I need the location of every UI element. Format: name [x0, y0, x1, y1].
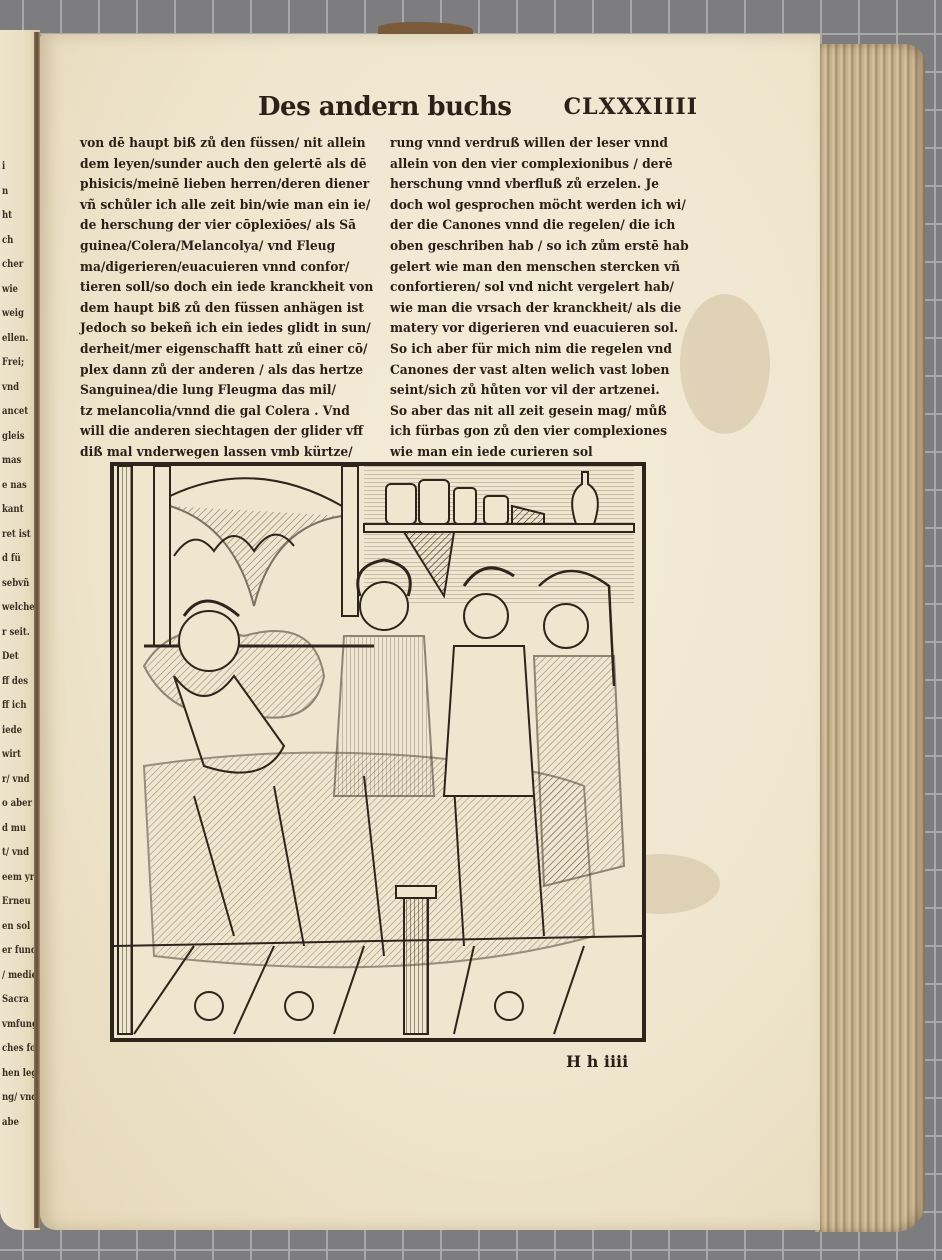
left-page-text-fragment: ch [2, 234, 13, 247]
left-page-text-fragment: d fü [2, 552, 21, 565]
left-page-text-fragment: en sol [2, 920, 30, 933]
left-page-text-fragment: wie [2, 283, 18, 296]
sickbed-scene-image [114, 466, 642, 1038]
text-line: Canones der vast alten welich vast loben [390, 361, 669, 382]
left-page-text-fragment: Det [2, 650, 19, 663]
text-line: tieren soll/so doch ein iede kranckheit … [80, 278, 359, 299]
text-line: ich fürbas gon zů den vier complexiones [390, 422, 669, 443]
left-page-text-fragment: Sacra [2, 993, 29, 1006]
text-line: der die Canones vnnd die regelen/ die ic… [390, 216, 669, 237]
text-line: guinea/Colera/Melancolya/ vnd Fleug [80, 237, 359, 258]
left-page-text-fragment: r seit. [2, 626, 30, 639]
left-page-text-fragment: vnd [2, 381, 19, 394]
text-line: Jedoch so bekeñ ich ein iedes glidt in s… [80, 319, 359, 340]
text-line: de herschung der vier cōplexiōes/ als Sā [80, 216, 359, 237]
left-page-text-fragment: e nas [2, 479, 27, 492]
text-line: ma/digerieren/euacuieren vnnd confor/ [80, 258, 359, 279]
text-line: will die anderen siechtagen der glider v… [80, 422, 359, 443]
left-page-text-fragment: ff ich [2, 699, 27, 712]
text-line: confortieren/ sol vnd nicht vergelert ha… [390, 278, 669, 299]
left-page-text-fragment: sebvñ [2, 577, 29, 590]
text-line: So ich aber für mich nim die regelen vnd [390, 340, 669, 361]
text-column-right: rung vnnd verdruß willen der leser vnnda… [390, 134, 690, 464]
woodcut-illustration [110, 462, 646, 1042]
running-head: Des andern buchs CLXXXIIII [258, 92, 698, 128]
folio-number: CLXXXIIII [564, 94, 698, 120]
text-line: dem haupt biß zů den füssen anhägen ist [80, 299, 359, 320]
left-page-text-fragment: welche [2, 601, 35, 614]
text-line: wie man die vrsach der kranckheit/ als d… [390, 299, 669, 320]
left-page-text-fragment: cher [2, 258, 23, 271]
text-line: seint/sich zů hůten vor vil der artzenei… [390, 381, 669, 402]
left-page-text-fragment: t/ vnd [2, 846, 29, 859]
text-line: allein von den vier complexionibus / der… [390, 155, 669, 176]
left-page-text-fragment: gleis [2, 430, 25, 443]
running-title: Des andern buchs [258, 92, 511, 122]
left-page-text-fragment: eem yr [2, 871, 34, 884]
text-line: tz melancolia/vnnd die gal Colera . Vnd [80, 402, 359, 423]
text-line: rung vnnd verdruß willen der leser vnnd [390, 134, 669, 155]
left-page-text-fragment: iede [2, 724, 22, 737]
text-line: Sanguinea/die lung Fleugma das mil/ [80, 381, 359, 402]
left-page-text-fragment: ht [2, 209, 12, 222]
text-line: So aber das nit all zeit gesein mag/ můß [390, 402, 669, 423]
left-page-text-fragment: hen leg [2, 1067, 37, 1080]
text-line: herschung vnnd vberfluß zů erzelen. Je [390, 175, 669, 196]
left-page-text-fragment: n [2, 185, 8, 198]
text-column-left: von dē haupt biß zů den füssen/ nit alle… [80, 134, 380, 464]
text-line: vñ schůler ich alle zeit bin/wie man ein… [80, 196, 359, 217]
left-page-text-fragment: d mu [2, 822, 26, 835]
text-line: doch wol gesprochen möcht werden ich wi/ [390, 196, 669, 217]
text-line: diß mal vnderwegen lassen vmb kürtze/ [80, 443, 359, 464]
text-line: oben geschriben hab / so ich zům erstē h… [390, 237, 669, 258]
page-fore-edge [815, 44, 925, 1232]
left-page-text-fragment: ff des [2, 675, 28, 688]
text-line: plex dann zů der anderen / als das hertz… [80, 361, 359, 382]
text-line: gelert wie man den menschen stercken vñ [390, 258, 669, 279]
left-page-text-fragment: kant [2, 503, 24, 516]
signature-mark: H h iiii [566, 1052, 628, 1071]
left-page-text-fragment: / medie [2, 969, 37, 982]
left-page-text-fragment: wirt [2, 748, 21, 761]
left-page-text-fragment: ellen. [2, 332, 28, 345]
left-page-text-fragment: ancet [2, 405, 28, 418]
text-line: von dē haupt biß zů den füssen/ nit alle… [80, 134, 359, 155]
left-page-text-fragment: mas [2, 454, 21, 467]
text-line: derheit/mer eigenschafft hatt zů einer c… [80, 340, 359, 361]
left-page-text-fragment: Erneu [2, 895, 31, 908]
left-page-text-fragment: i [2, 160, 5, 173]
left-page-text-fragment: vmfung [2, 1018, 38, 1031]
text-line: wie man ein iede curieren sol [390, 443, 669, 464]
left-page-text-fragment: ret ist [2, 528, 31, 541]
left-page-text-fragment: er fund [2, 944, 37, 957]
left-page-text-fragment: ng/ vnd [2, 1091, 37, 1104]
text-line: matery vor digerieren vnd euacuieren sol… [390, 319, 669, 340]
left-page-text-fragment: r/ vnd [2, 773, 30, 786]
text-line: phisicis/meinē lieben herren/deren diene… [80, 175, 359, 196]
left-page-text-fragment: Frei; [2, 356, 24, 369]
left-page-text-fragment: o aber [2, 797, 32, 810]
left-page-text-fragment: abe [2, 1116, 19, 1129]
left-page-text-fragment: weig [2, 307, 24, 320]
text-line: dem leyen/sunder auch den gelertē als dē [80, 155, 359, 176]
